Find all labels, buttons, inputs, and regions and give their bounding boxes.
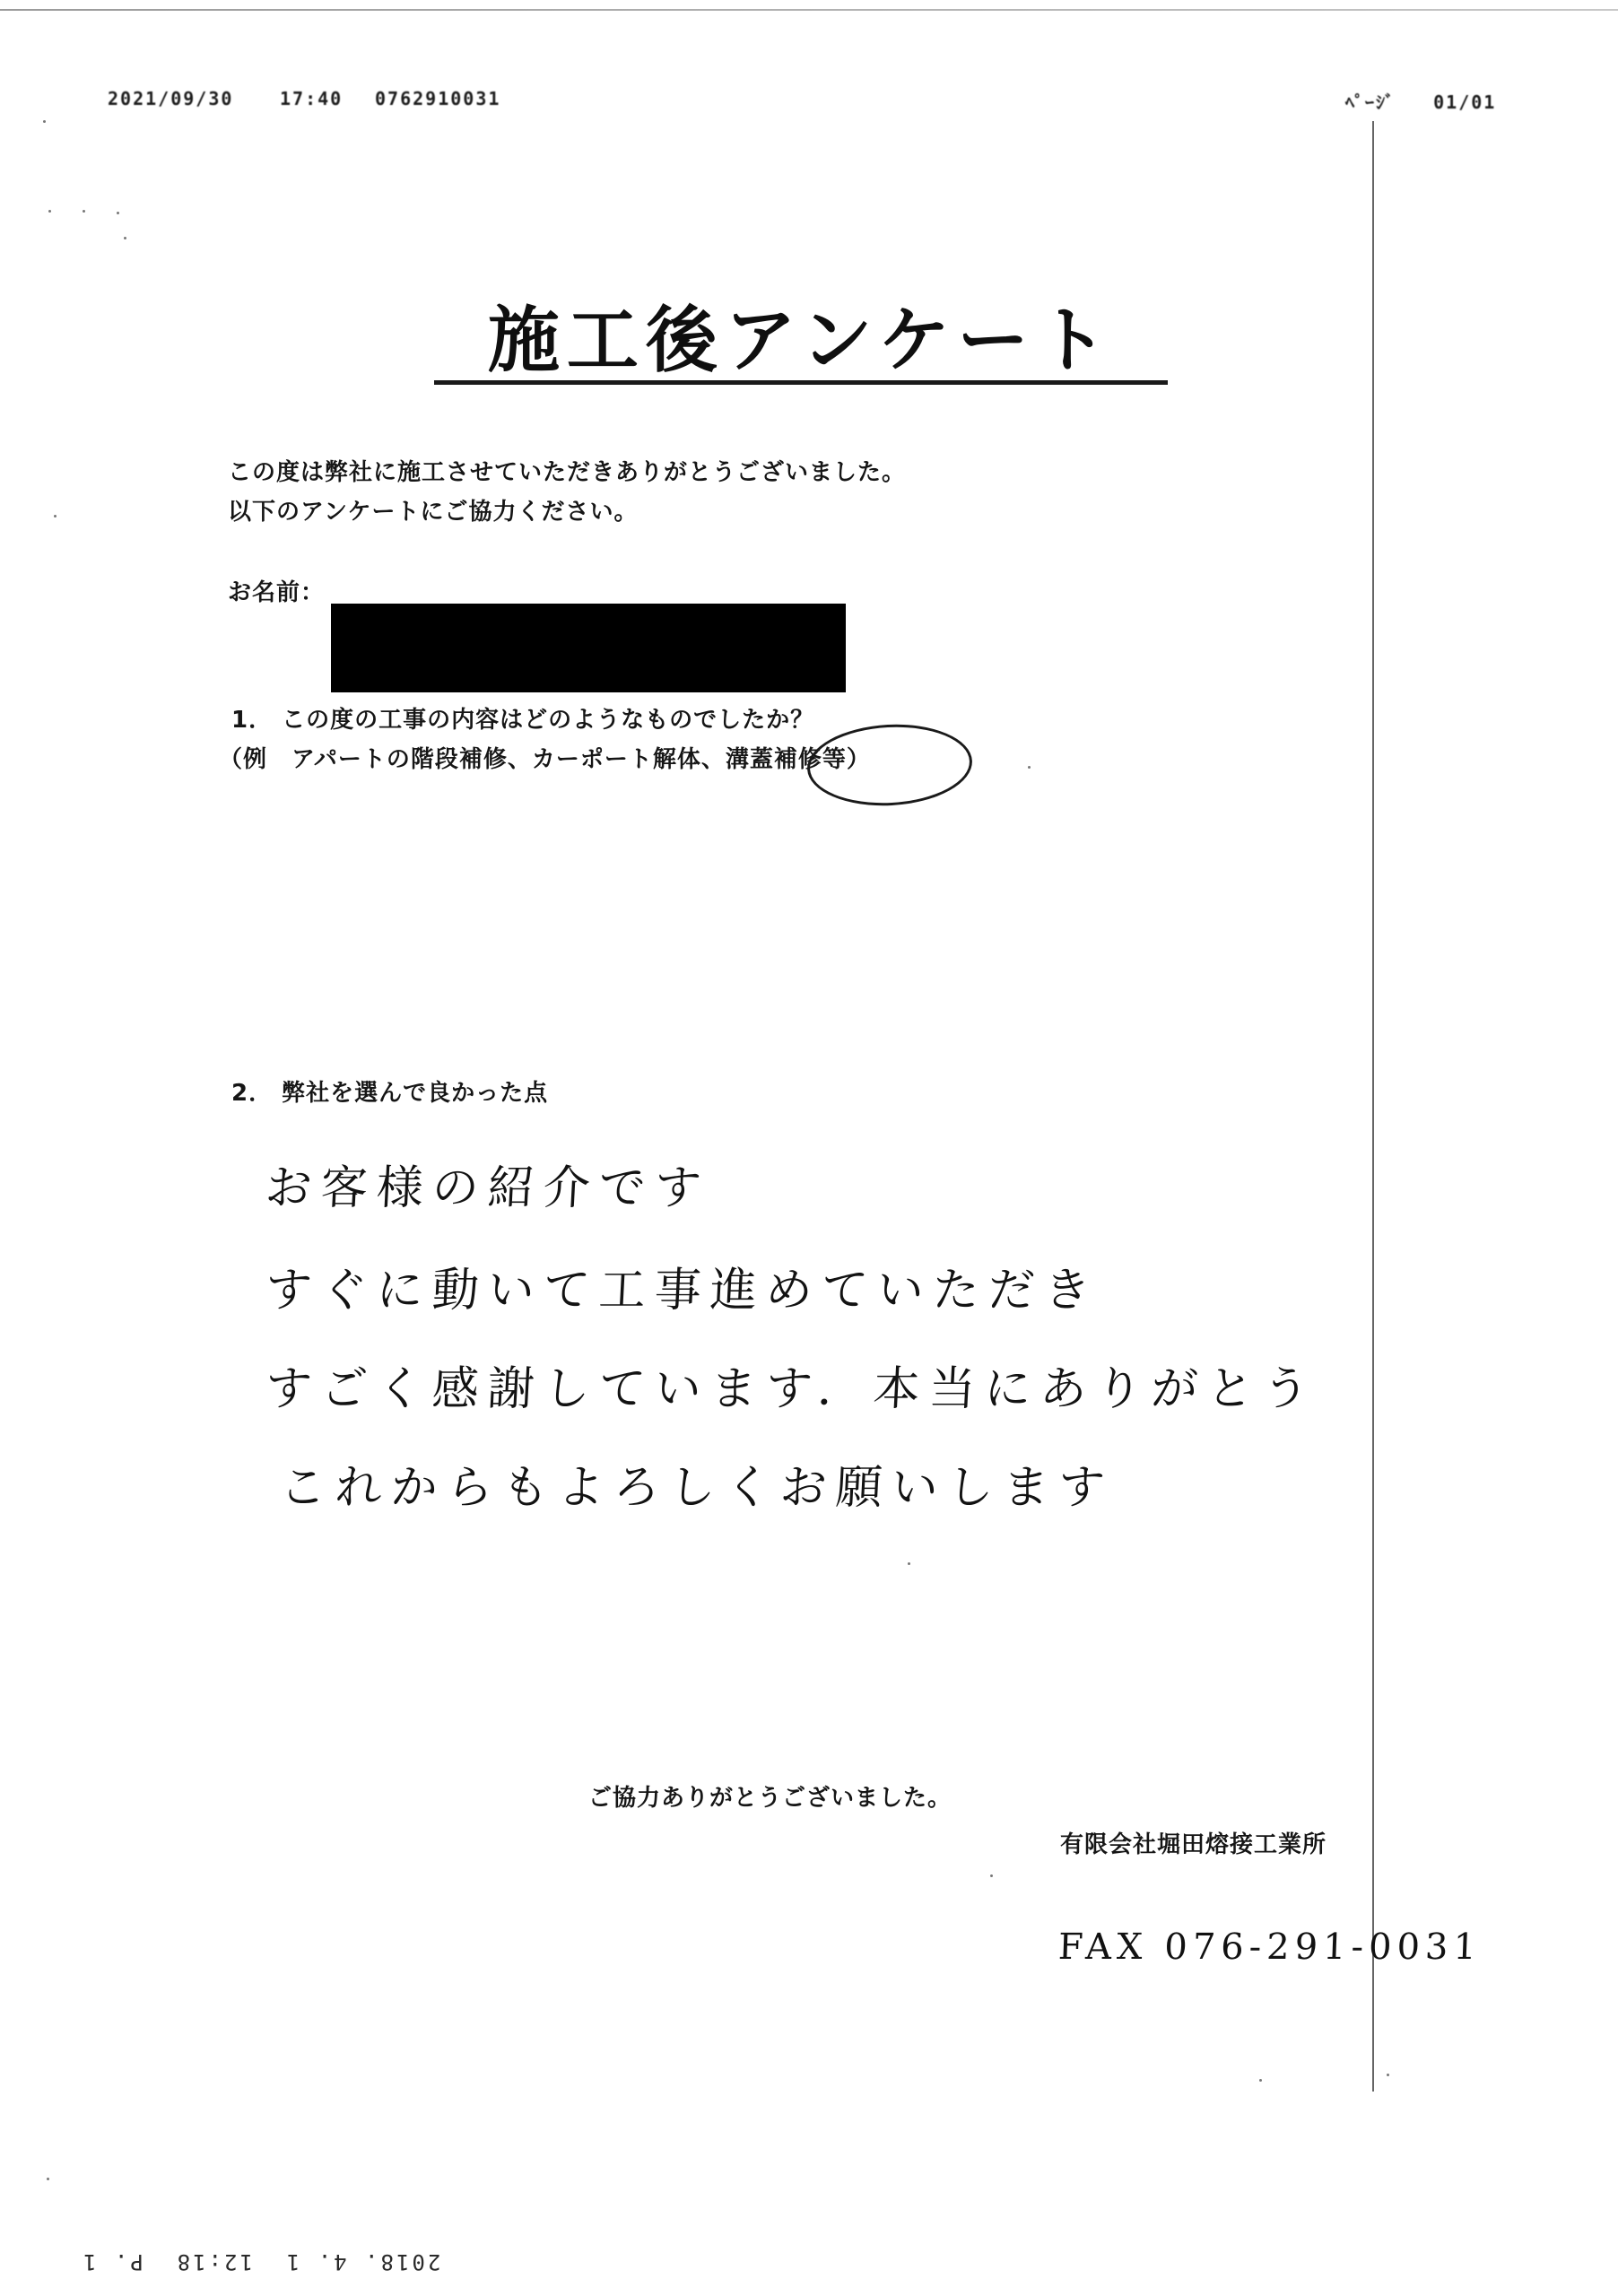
scan-speck — [54, 515, 57, 517]
handwritten-circle-mark — [805, 720, 974, 810]
scan-speck — [47, 2178, 49, 2180]
scan-speck — [48, 210, 51, 213]
scan-speck — [1028, 766, 1031, 769]
title-underline — [434, 380, 1168, 385]
scan-speck — [83, 210, 85, 213]
scan-speck — [908, 1562, 910, 1565]
document-title: 施工後アンケート — [436, 305, 1167, 377]
company-name: 有限会社堀田熔接工業所 — [1060, 1826, 1327, 1859]
question-2: 2． 弊社を選んで良かった点 — [231, 1074, 548, 1108]
question-1-number: 1． — [231, 707, 273, 734]
handwritten-answer-line: すごく感謝しています．本当にありがとう — [264, 1351, 1320, 1418]
fax-page-label: ﾍﾟｰｼﾞ — [1345, 91, 1396, 113]
question-1-example: （例 アパートの階段補修、カーポート解体、溝蓋補修等） — [219, 741, 871, 774]
scan-speck — [124, 237, 126, 239]
fax-sender-number: 0762910031 — [375, 88, 500, 109]
question-1-text: この度の工事の内容はどのようなものでしたか？ — [282, 707, 814, 734]
handwritten-answer-line: これからもよろしくお願いします — [278, 1449, 1116, 1517]
scan-speck — [1387, 2074, 1389, 2076]
name-redaction-box — [331, 604, 846, 692]
fax-date: 2021/09/30 — [108, 88, 233, 109]
closing-message: ご協力ありがとうございました。 — [588, 1779, 952, 1813]
scan-speck — [1259, 2079, 1262, 2082]
scan-edge — [0, 9, 1618, 11]
fax-page-count: 01/01 — [1433, 91, 1496, 113]
question-2-number: 2． — [231, 1080, 273, 1107]
handwritten-answer-line: すぐに動いて工事進めていただき — [264, 1252, 1101, 1319]
fax-time: 17:40 — [280, 88, 343, 109]
scan-speck — [43, 120, 46, 123]
question-2-text: 弊社を選んで良かった点 — [282, 1080, 548, 1107]
intro-line-2: 以下のアンケートにご協力ください。 — [228, 493, 638, 526]
footer-timestamp-stamp: 2018. 4. 1 12:18 P. 1 — [81, 2249, 440, 2274]
scan-speck — [990, 1874, 993, 1877]
handwritten-answer-line: お客様の紹介です — [264, 1150, 712, 1217]
intro-line-1: この度は弊社に施工させていただきありがとうございました。 — [228, 454, 906, 487]
handwritten-fax-number: FAX 076-291-0031 — [1057, 1926, 1482, 1968]
fax-page-indicator: ﾍﾟｰｼﾞ 01/01 — [1345, 88, 1496, 114]
scan-fold-line — [1372, 121, 1374, 2092]
question-1: 1． この度の工事の内容はどのようなものでしたか？ — [231, 701, 814, 735]
scan-speck — [117, 212, 119, 214]
name-label: お名前： — [228, 574, 325, 607]
